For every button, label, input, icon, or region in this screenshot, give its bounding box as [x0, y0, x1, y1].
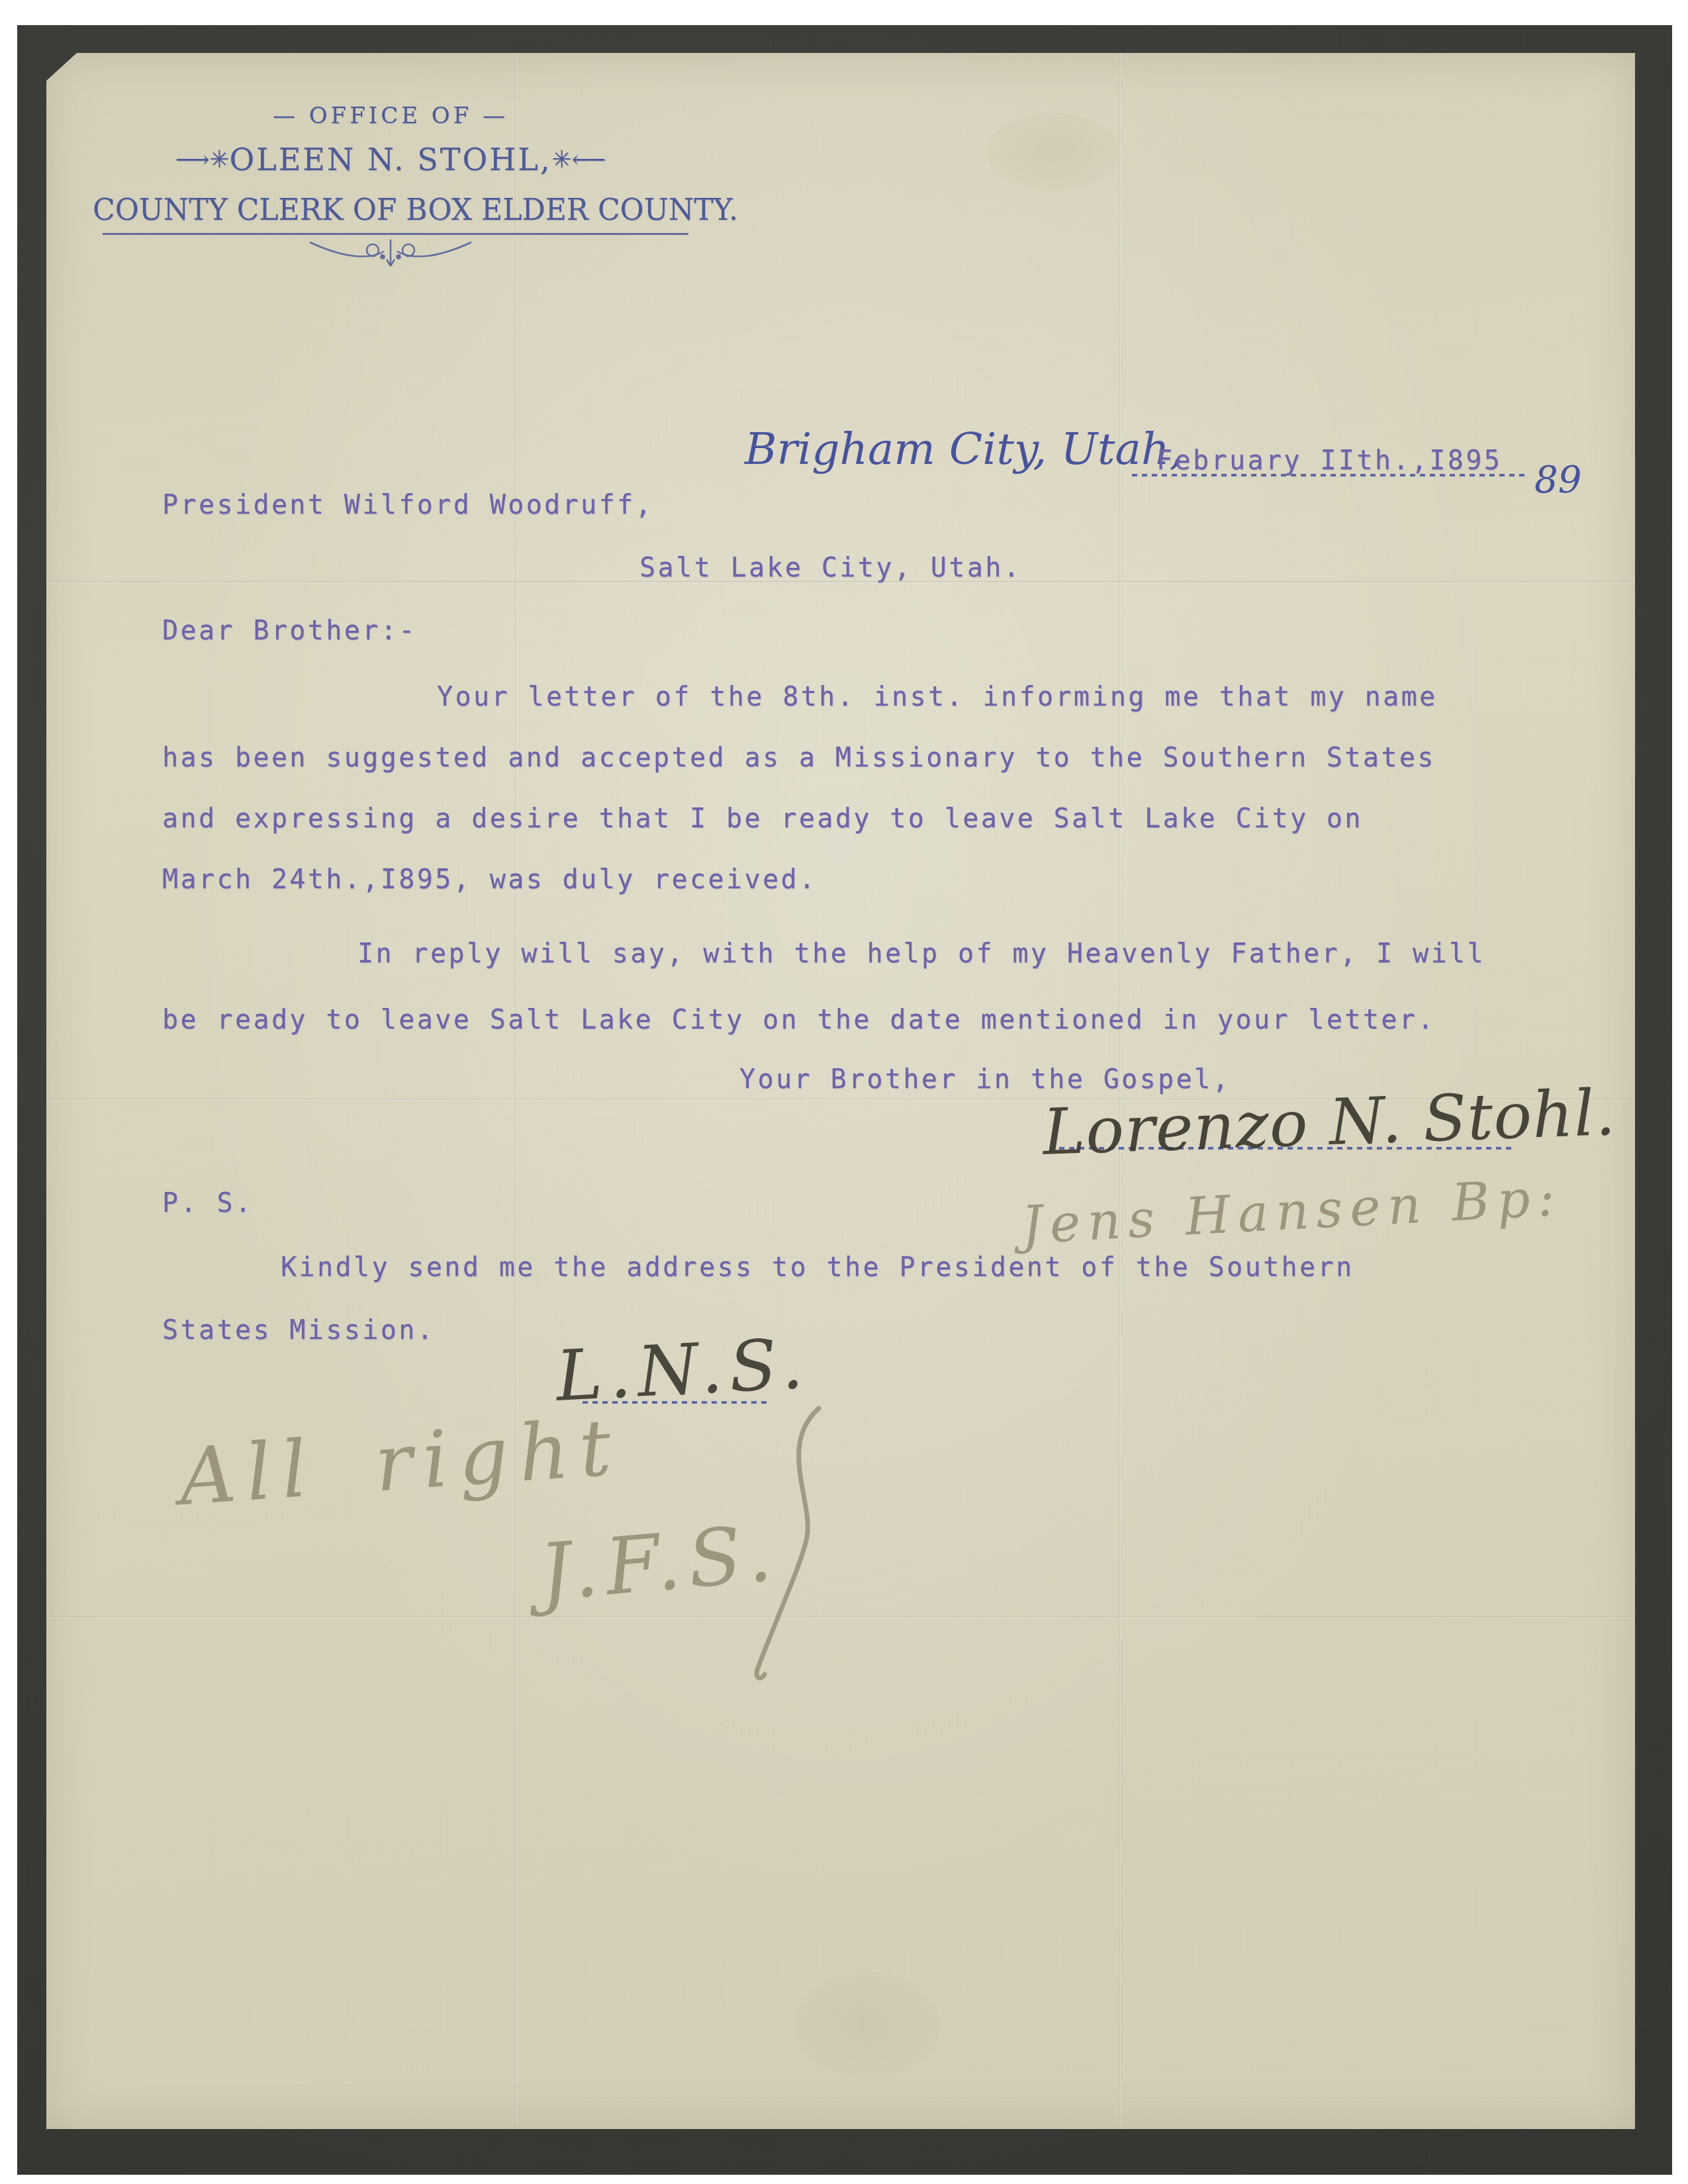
arrow-burst-right-icon: ✳⟵ — [552, 146, 606, 173]
fold-crease-horizontal-3 — [46, 1616, 1635, 1618]
typed-date: February IIth.,I895 — [1156, 447, 1502, 474]
postscript-line: Kindly send me the address to the Presid… — [281, 1254, 1354, 1281]
letterhead-rule — [103, 233, 688, 235]
paper-stain — [986, 113, 1119, 192]
body-line: Your letter of the 8th. inst. informing … — [437, 684, 1438, 710]
letterhead-name: OLEEN N. STOHL, — [229, 142, 551, 177]
paper-stain — [794, 1972, 940, 2078]
letterhead-title: COUNTY CLERK OF BOX ELDER COUNTY. — [93, 196, 688, 225]
flourish-ornament — [305, 237, 477, 279]
recipient-address-line: Salt Lake City, Utah. — [639, 555, 1021, 581]
recipient-name-line: President Wilford Woodruff, — [162, 492, 653, 518]
letterhead-name-row: ⟶✳OLEEN N. STOHL,✳⟵ — [126, 144, 655, 175]
annotation-all-right: All right — [177, 1408, 624, 1516]
letter-page: — OFFICE OF — ⟶✳OLEEN N. STOHL,✳⟵ COUNTY… — [46, 53, 1635, 2129]
scan-mat-background: — OFFICE OF — ⟶✳OLEEN N. STOHL,✳⟵ COUNTY… — [17, 25, 1672, 2175]
printed-year-fragment: 89 — [1534, 462, 1581, 499]
postscript-label: P. S. — [162, 1190, 253, 1216]
countersignature-jens-hansen: Jens Hansen Bp: — [1021, 1172, 1564, 1252]
arrow-burst-left-icon: ⟶✳ — [175, 146, 230, 173]
fold-crease-vertical-1 — [515, 53, 517, 2129]
signature-lorenzo-stohl: Lorenzo N. Stohl. — [1042, 1081, 1617, 1164]
letterhead-office-line: — OFFICE OF — — [192, 105, 589, 127]
body-line: and expressing a desire that I be ready … — [162, 805, 1363, 832]
printed-place-script: Brigham City, Utah, — [745, 428, 1183, 471]
body-line: has been suggested and accepted as a Mis… — [162, 745, 1436, 771]
salutation: Dear Brother:- — [162, 617, 417, 644]
pencil-brace-icon — [745, 1403, 837, 1688]
body-line: be ready to leave Salt Lake City on the … — [162, 1007, 1436, 1033]
body-line: In reply will say, with the help of my H… — [357, 940, 1485, 967]
body-line: March 24th.,I895, was duly received. — [162, 866, 817, 893]
closing-line: Your Brother in the Gospel, — [739, 1066, 1231, 1093]
postscript-line: States Mission. — [162, 1317, 435, 1343]
initials-lns: L.N.S. — [555, 1329, 812, 1412]
scanned-letter-screenshot: — OFFICE OF — ⟶✳OLEEN N. STOHL,✳⟵ COUNTY… — [0, 0, 1688, 2184]
